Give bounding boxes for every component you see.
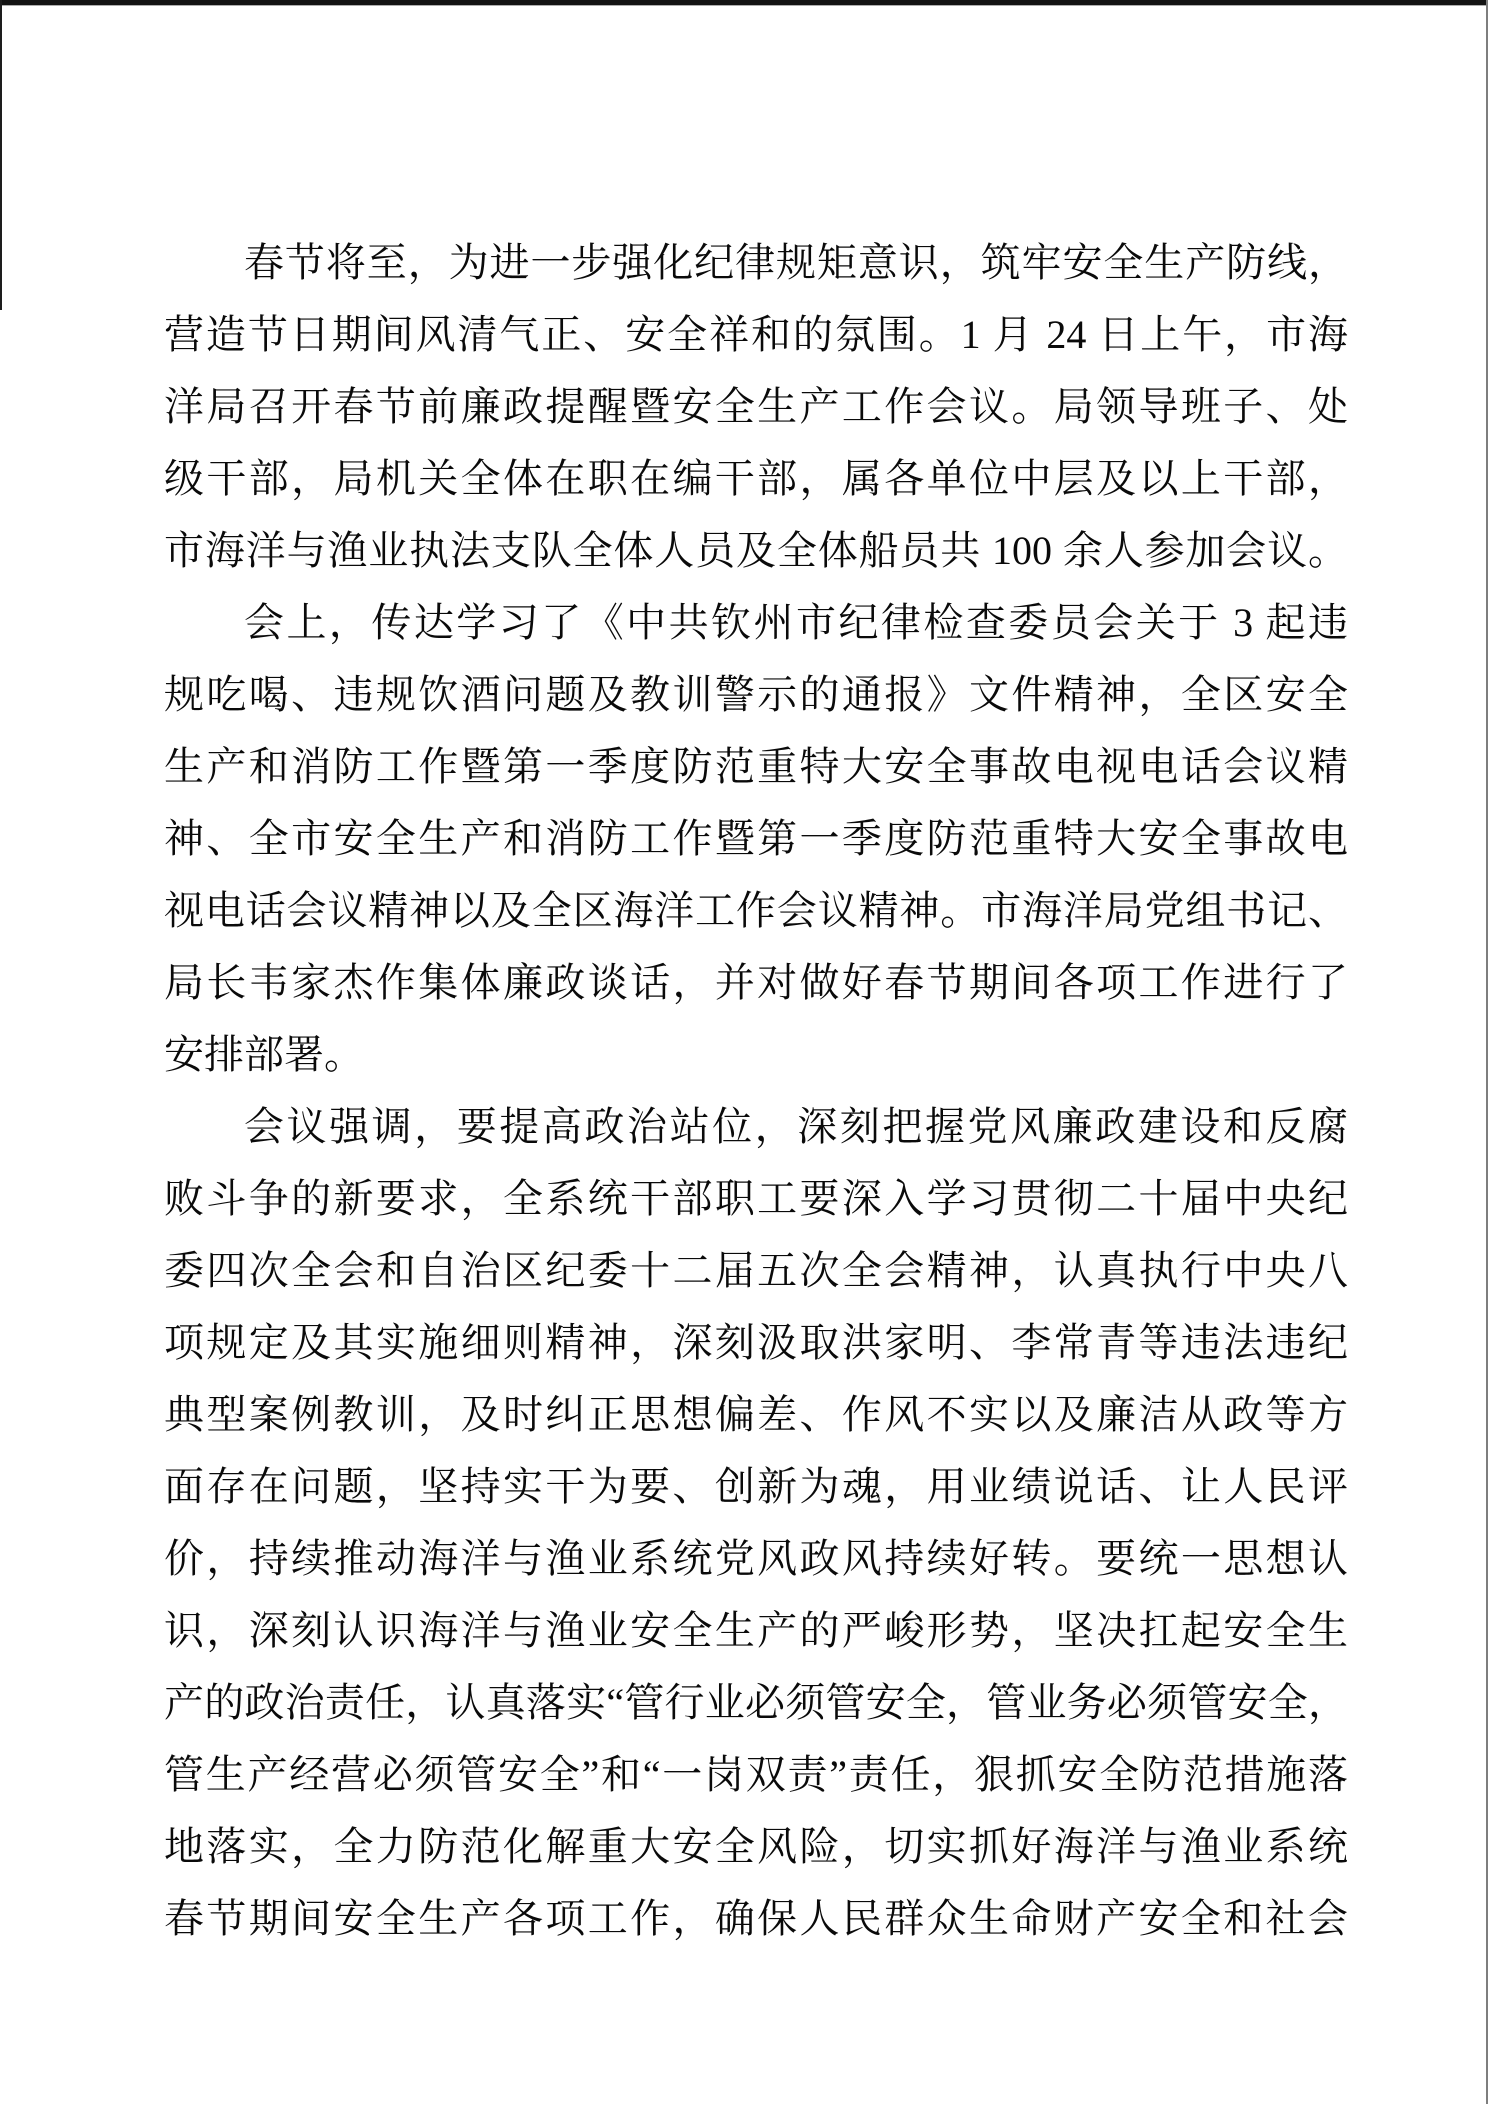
text-line: 识，深刻认识海洋与渔业安全生产的严峻形势，坚决扛起安全生 <box>164 1595 1348 1667</box>
text-line: 神、全市安全生产和消防工作暨第一季度防范重特大安全事故电 <box>164 803 1348 875</box>
text-line: 营造节日期间风清气正、安全祥和的氛围。1 月 24 日上午，市海 <box>164 299 1348 371</box>
text-line: 项规定及其实施细则精神，深刻汲取洪家明、李常青等违法违纪 <box>164 1307 1348 1379</box>
text-line: 典型案例教训，及时纠正思想偏差、作风不实以及廉洁从政等方 <box>164 1379 1348 1451</box>
text-line: 春节将至，为进一步强化纪律规矩意识，筑牢安全生产防线， <box>164 227 1348 299</box>
paragraph: 春节将至，为进一步强化纪律规矩意识，筑牢安全生产防线，营造节日期间风清气正、安全… <box>164 227 1348 587</box>
text-line: 地落实，全力防范化解重大安全风险，切实抓好海洋与渔业系统 <box>164 1811 1348 1883</box>
paragraph: 会议强调，要提高政治站位，深刻把握党风廉政建设和反腐败斗争的新要求，全系统干部职… <box>164 1091 1348 1955</box>
document-page: 春节将至，为进一步强化纪律规矩意识，筑牢安全生产防线，营造节日期间风清气正、安全… <box>0 0 1488 2104</box>
text-line: 市海洋与渔业执法支队全体人员及全体船员共 100 余人参加会议。 <box>164 515 1348 587</box>
text-line: 败斗争的新要求，全系统干部职工要深入学习贯彻二十届中央纪 <box>164 1163 1348 1235</box>
document-body: 春节将至，为进一步强化纪律规矩意识，筑牢安全生产防线，营造节日期间风清气正、安全… <box>164 227 1348 1955</box>
page-top-edge-shadow <box>0 5 1488 6</box>
text-line: 安排部署。 <box>164 1019 1348 1091</box>
text-line: 产的政治责任，认真落实“管行业必须管安全，管业务必须管安全， <box>164 1667 1348 1739</box>
paragraph: 会上，传达学习了《中共钦州市纪律检查委员会关于 3 起违规吃喝、违规饮酒问题及教… <box>164 587 1348 1091</box>
text-line: 级干部，局机关全体在职在编干部，属各单位中层及以上干部， <box>164 443 1348 515</box>
text-line: 管生产经营必须管安全”和“一岗双责”责任，狠抓安全防范措施落 <box>164 1739 1348 1811</box>
text-line: 生产和消防工作暨第一季度防范重特大安全事故电视电话会议精 <box>164 731 1348 803</box>
text-line: 委四次全会和自治区纪委十二届五次全会精神，认真执行中央八 <box>164 1235 1348 1307</box>
text-line: 春节期间安全生产各项工作，确保人民群众生命财产安全和社会 <box>164 1883 1348 1955</box>
text-line: 价，持续推动海洋与渔业系统党风政风持续好转。要统一思想认 <box>164 1523 1348 1595</box>
text-line: 视电话会议精神以及全区海洋工作会议精神。市海洋局党组书记、 <box>164 875 1348 947</box>
text-line: 规吃喝、违规饮酒问题及教训警示的通报》文件精神，全区安全 <box>164 659 1348 731</box>
text-line: 局长韦家杰作集体廉政谈话，并对做好春节期间各项工作进行了 <box>164 947 1348 1019</box>
page-left-edge-line <box>0 0 2 310</box>
text-line: 会上，传达学习了《中共钦州市纪律检查委员会关于 3 起违 <box>164 587 1348 659</box>
text-line: 洋局召开春节前廉政提醒暨安全生产工作会议。局领导班子、处 <box>164 371 1348 443</box>
text-line: 面存在问题，坚持实干为要、创新为魂，用业绩说话、让人民评 <box>164 1451 1348 1523</box>
text-line: 会议强调，要提高政治站位，深刻把握党风廉政建设和反腐 <box>164 1091 1348 1163</box>
